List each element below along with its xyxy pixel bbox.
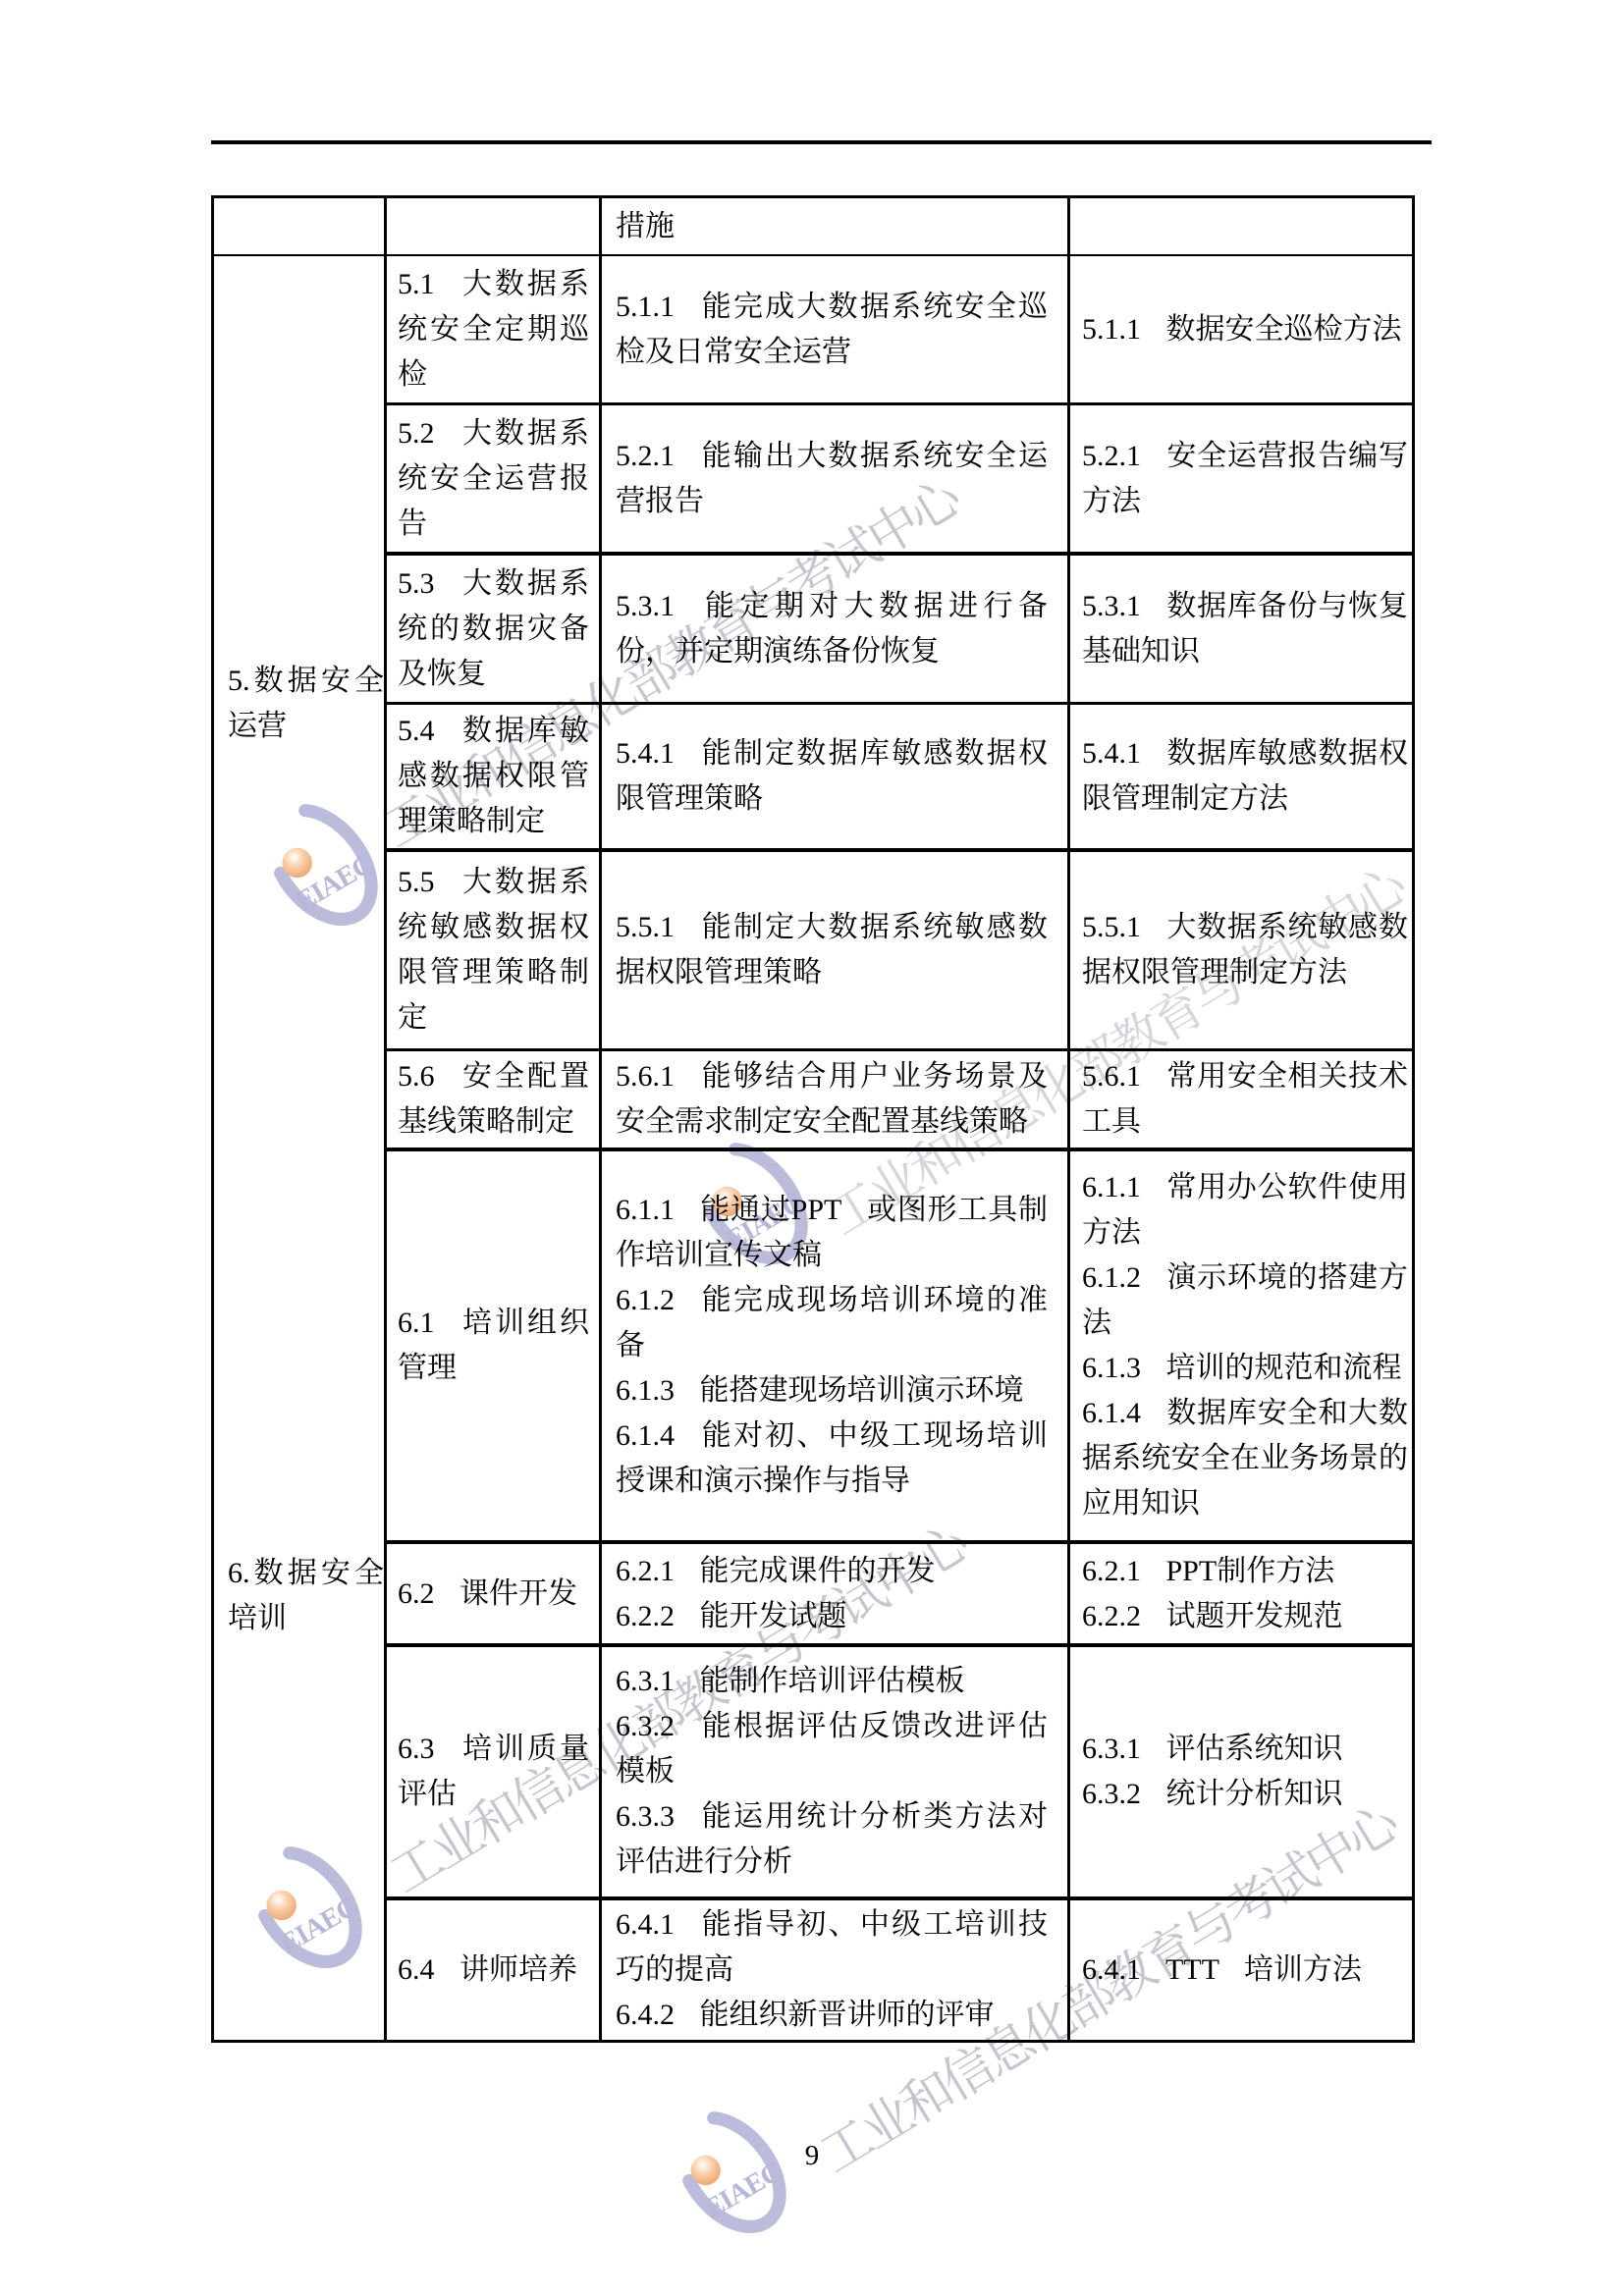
task-text: 5.4 数据库敏感数据权限管理策略制定 xyxy=(398,709,589,844)
table-row: 6.3 培训质量评估 6.3.1 能制作培训评估模板 6.3.2 能根据评估反馈… xyxy=(387,1647,1412,1900)
skill-text: 6.1.2 能完成现场培训环境的准备 xyxy=(616,1278,1048,1368)
task-text: 6.4 讲师培养 xyxy=(398,1948,589,1993)
task-cell: 6.3 培训质量评估 xyxy=(387,1647,602,1896)
task-text: 5.5 大数据系统敏感数据权限管理策略制定 xyxy=(398,860,589,1041)
skill-text: 6.3.1 能制作培训评估模板 xyxy=(616,1659,1048,1704)
skills-cell: 5.1.1 能完成大数据系统安全巡检及日常安全运营 xyxy=(602,256,1070,402)
ceiaec-logo-icon: EIAEC xyxy=(666,2093,795,2252)
skill-text: 6.2.1 能完成课件的开发 xyxy=(616,1549,1048,1594)
skills-cell: 措施 xyxy=(602,198,1070,254)
task-text: 6.3 培训质量评估 xyxy=(398,1727,589,1817)
function-cell: 6.数据安全培训 xyxy=(214,1151,387,2040)
skill-text: 措施 xyxy=(616,204,1048,249)
skill-text: 6.3.3 能运用统计分析类方法对评估进行分析 xyxy=(616,1794,1048,1885)
function-text: 5.数据安全运营 xyxy=(228,659,384,749)
table-row: 5.4 数据库敏感数据权限管理策略制定 5.4.1 能制定数据库敏感数据权限管理… xyxy=(387,705,1412,852)
task-cell: 5.4 数据库敏感数据权限管理策略制定 xyxy=(387,705,602,848)
section-6: 6.数据安全培训 6.1 培训组织管理 6.1.1 能通过PPT 或图形工具制作… xyxy=(214,1151,1412,2040)
task-cell: 5.6 安全配置基线策略制定 xyxy=(387,1051,602,1148)
occupational-skill-table: 措施 5.数据安全运营 5.1 大数据系统安全定期巡检 5.1.1 能完成大数据… xyxy=(211,195,1415,2043)
table-row: 6.1 培训组织管理 6.1.1 能通过PPT 或图形工具制作培训宣传文稿 6.… xyxy=(387,1151,1412,1544)
section-rows: 6.1 培训组织管理 6.1.1 能通过PPT 或图形工具制作培训宣传文稿 6.… xyxy=(387,1151,1412,2040)
knowledge-cell: 5.2.1 安全运营报告编写方法 xyxy=(1070,405,1412,552)
knowledge-cell: 6.3.1 评估系统知识 6.3.2 统计分析知识 xyxy=(1070,1647,1412,1896)
task-cell: 5.5 大数据系统敏感数据权限管理策略制定 xyxy=(387,852,602,1048)
document-page: EIAEC 工业和信息化部教育与考试中心 EIAEC 工业和信息化部教育与考试中… xyxy=(0,0,1624,2296)
knowledge-cell: 5.6.1 常用安全相关技术工具 xyxy=(1070,1051,1412,1148)
skills-cell: 5.6.1 能够结合用户业务场景及安全需求制定安全配置基线策略 xyxy=(602,1051,1070,1148)
knowledge-text: 6.2.1 PPT制作方法 xyxy=(1082,1549,1408,1594)
function-text: 6.数据安全培训 xyxy=(228,1551,384,1641)
task-text: 5.2 大数据系统安全运营报告 xyxy=(398,411,589,547)
knowledge-text: 5.5.1 大数据系统敏感数据权限管理制定方法 xyxy=(1082,905,1408,995)
knowledge-cell: 5.4.1 数据库敏感数据权限管理制定方法 xyxy=(1070,705,1412,848)
function-cell-empty xyxy=(214,198,387,254)
table-row: 5.1 大数据系统安全定期巡检 5.1.1 能完成大数据系统安全巡检及日常安全运… xyxy=(387,256,1412,405)
section-5: 5.数据安全运营 5.1 大数据系统安全定期巡检 5.1.1 能完成大数据系统安… xyxy=(214,256,1412,1151)
skill-text: 6.1.3 能搭建现场培训演示环境 xyxy=(616,1368,1048,1414)
table-row: 6.2 课件开发 6.2.1 能完成课件的开发 6.2.2 能开发试题 6.2.… xyxy=(387,1544,1412,1647)
knowledge-cell: 6.4.1 TTT 培训方法 xyxy=(1070,1900,1412,2040)
skills-cell: 6.1.1 能通过PPT 或图形工具制作培训宣传文稿 6.1.2 能完成现场培训… xyxy=(602,1151,1070,1540)
task-cell: 6.1 培训组织管理 xyxy=(387,1151,602,1540)
task-cell-empty xyxy=(387,198,602,254)
knowledge-text: 6.4.1 TTT 培训方法 xyxy=(1082,1948,1408,1993)
skills-cell: 5.3.1 能定期对大数据进行备份，并定期演练备份恢复 xyxy=(602,556,1070,702)
task-cell: 6.2 课件开发 xyxy=(387,1544,602,1643)
skill-text: 5.6.1 能够结合用户业务场景及安全需求制定安全配置基线策略 xyxy=(616,1054,1048,1145)
skill-text: 5.4.1 能制定数据库敏感数据权限管理策略 xyxy=(616,731,1048,822)
knowledge-text: 6.1.3 培训的规范和流程 xyxy=(1082,1346,1408,1391)
knowledge-cell: 5.1.1 数据安全巡检方法 xyxy=(1070,256,1412,402)
task-text: 6.2 课件开发 xyxy=(398,1572,589,1617)
knowledge-text: 6.1.4 数据库安全和大数据系统安全在业务场景的应用知识 xyxy=(1082,1391,1408,1526)
task-text: 5.3 大数据系统的数据灾备及恢复 xyxy=(398,561,589,697)
task-cell: 5.3 大数据系统的数据灾备及恢复 xyxy=(387,556,602,702)
task-text: 5.1 大数据系统安全定期巡检 xyxy=(398,262,589,398)
skills-cell: 6.2.1 能完成课件的开发 6.2.2 能开发试题 xyxy=(602,1544,1070,1643)
knowledge-text: 6.3.2 统计分析知识 xyxy=(1082,1772,1408,1817)
knowledge-text: 6.3.1 评估系统知识 xyxy=(1082,1727,1408,1772)
table-row: 5.5 大数据系统敏感数据权限管理策略制定 5.5.1 能制定大数据系统敏感数据… xyxy=(387,852,1412,1051)
skill-text: 6.4.2 能组织新晋讲师的评审 xyxy=(616,1993,1048,2038)
task-cell: 5.1 大数据系统安全定期巡检 xyxy=(387,256,602,402)
table-row: 6.4 讲师培养 6.4.1 能指导初、中级工培训技巧的提高 6.4.2 能组织… xyxy=(387,1900,1412,2040)
knowledge-cell: 5.5.1 大数据系统敏感数据权限管理制定方法 xyxy=(1070,852,1412,1048)
knowledge-text: 5.6.1 常用安全相关技术工具 xyxy=(1082,1054,1408,1145)
skill-text: 6.1.4 能对初、中级工现场培训授课和演示操作与指导 xyxy=(616,1414,1048,1504)
knowledge-cell: 5.3.1 数据库备份与恢复基础知识 xyxy=(1070,556,1412,702)
knowledge-cell: 6.1.1 常用办公软件使用方法 6.1.2 演示环境的搭建方法 6.1.3 培… xyxy=(1070,1151,1412,1540)
skills-cell: 6.4.1 能指导初、中级工培训技巧的提高 6.4.2 能组织新晋讲师的评审 xyxy=(602,1900,1070,2040)
task-cell: 6.4 讲师培养 xyxy=(387,1900,602,2040)
table-row-carryover: 措施 xyxy=(214,198,1412,256)
knowledge-cell: 6.2.1 PPT制作方法 6.2.2 试题开发规范 xyxy=(1070,1544,1412,1643)
skills-cell: 5.2.1 能输出大数据系统安全运营报告 xyxy=(602,405,1070,552)
skills-cell: 5.4.1 能制定数据库敏感数据权限管理策略 xyxy=(602,705,1070,848)
skill-text: 5.3.1 能定期对大数据进行备份，并定期演练备份恢复 xyxy=(616,584,1048,674)
knowledge-text: 5.4.1 数据库敏感数据权限管理制定方法 xyxy=(1082,731,1408,822)
knowledge-text: 6.1.2 演示环境的搭建方法 xyxy=(1082,1255,1408,1346)
table-row: 5.2 大数据系统安全运营报告 5.2.1 能输出大数据系统安全运营报告 5.2… xyxy=(387,405,1412,556)
knowledge-text: 5.3.1 数据库备份与恢复基础知识 xyxy=(1082,584,1408,674)
skill-text: 5.1.1 能完成大数据系统安全巡检及日常安全运营 xyxy=(616,285,1048,375)
skill-text: 5.2.1 能输出大数据系统安全运营报告 xyxy=(616,434,1048,524)
skills-cell: 6.3.1 能制作培训评估模板 6.3.2 能根据评估反馈改进评估模板 6.3.… xyxy=(602,1647,1070,1896)
function-cell: 5.数据安全运营 xyxy=(214,256,387,1151)
task-text: 6.1 培训组织管理 xyxy=(398,1301,589,1391)
task-text: 5.6 安全配置基线策略制定 xyxy=(398,1054,589,1145)
table-row: 5.3 大数据系统的数据灾备及恢复 5.3.1 能定期对大数据进行备份，并定期演… xyxy=(387,556,1412,705)
skill-text: 6.4.1 能指导初、中级工培训技巧的提高 xyxy=(616,1902,1048,1993)
section-rows: 5.1 大数据系统安全定期巡检 5.1.1 能完成大数据系统安全巡检及日常安全运… xyxy=(387,256,1412,1151)
task-cell: 5.2 大数据系统安全运营报告 xyxy=(387,405,602,552)
table-row: 5.6 安全配置基线策略制定 5.6.1 能够结合用户业务场景及安全需求制定安全… xyxy=(387,1051,1412,1151)
knowledge-text: 5.2.1 安全运营报告编写方法 xyxy=(1082,434,1408,524)
knowledge-text: 6.1.1 常用办公软件使用方法 xyxy=(1082,1165,1408,1255)
skill-text: 5.5.1 能制定大数据系统敏感数据权限管理策略 xyxy=(616,905,1048,995)
skill-text: 6.1.1 能通过PPT 或图形工具制作培训宣传文稿 xyxy=(616,1188,1048,1278)
skill-text: 6.3.2 能根据评估反馈改进评估模板 xyxy=(616,1704,1048,1794)
knowledge-cell-empty xyxy=(1070,198,1412,254)
skill-text: 6.2.2 能开发试题 xyxy=(616,1594,1048,1639)
knowledge-text: 6.2.2 试题开发规范 xyxy=(1082,1594,1408,1639)
page-number: 9 xyxy=(0,2140,1624,2172)
header-rule xyxy=(211,140,1432,144)
knowledge-text: 5.1.1 数据安全巡检方法 xyxy=(1082,307,1408,352)
skills-cell: 5.5.1 能制定大数据系统敏感数据权限管理策略 xyxy=(602,852,1070,1048)
